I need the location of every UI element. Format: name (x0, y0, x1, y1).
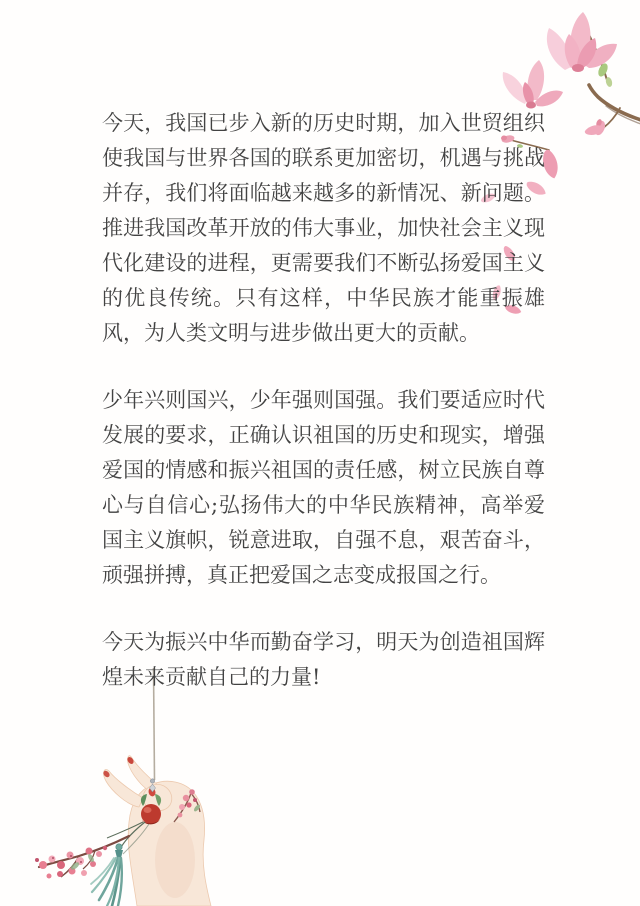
paragraph-3: 今天为振兴中华而勤奋学习，明天为创造祖国辉煌未来贡献自己的力量! (102, 625, 545, 695)
paragraph-2: 少年兴则国兴，少年强则国强。我们要适应时代发展的要求，正确认识祖国的历史和现实，… (102, 383, 545, 593)
plum-branch-icon (35, 836, 129, 879)
hand-icon (102, 756, 211, 906)
page: 今天，我国已步入新的历史时期，加入世贸组织使我国与世界各国的联系更加密切，机遇与… (0, 0, 640, 906)
tassel-icon (91, 844, 123, 906)
essay-text: 今天，我国已步入新的历史时期，加入世贸组织使我国与世界各国的联系更加密切，机遇与… (102, 106, 545, 727)
paragraph-1: 今天，我国已步入新的历史时期，加入世贸组织使我国与世界各国的联系更加密切，机遇与… (102, 106, 545, 351)
